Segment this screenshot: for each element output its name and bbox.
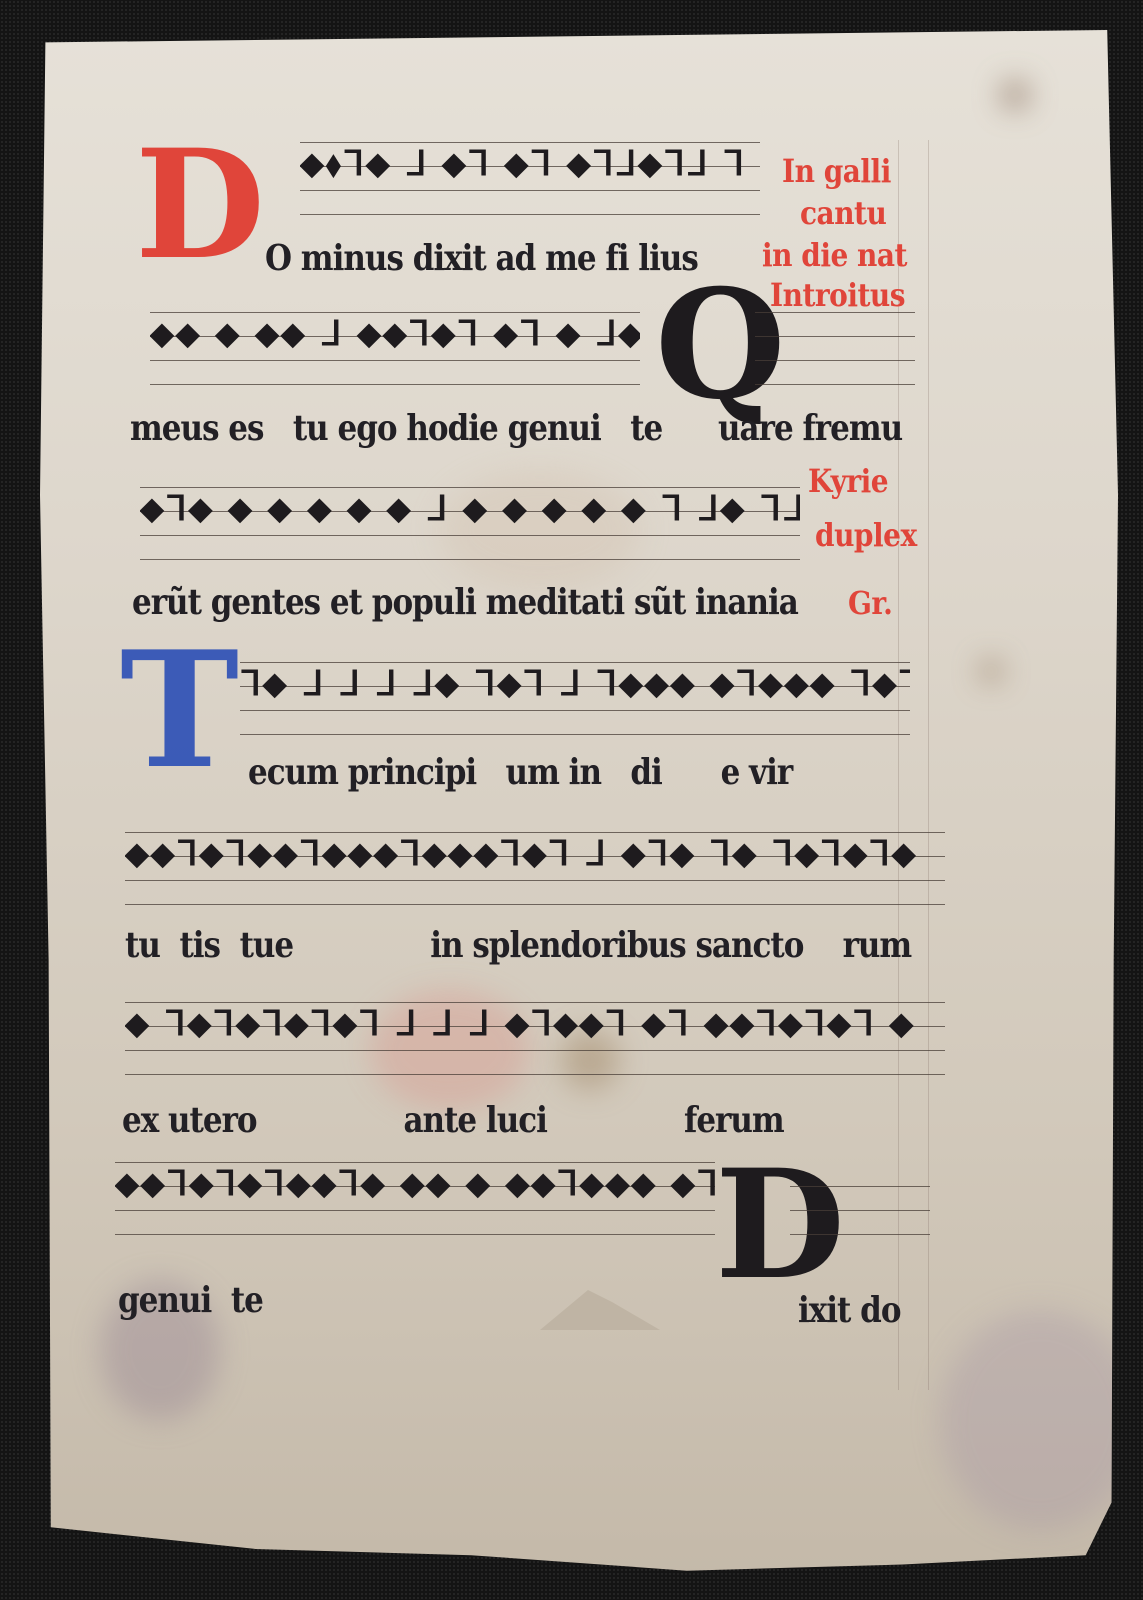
lyric-line-2: meus es tu ego hodie genui te	[130, 408, 662, 449]
lyric-line-1: O minus dixit ad me fi lius	[265, 238, 698, 279]
neumes: ⬥⬥ᒣ⬥ᒣ⬥⬥ᒣ⬥⬥⬥ᒣ⬥⬥⬥ᒣ⬥ᒣ ᒧ ⬥ᒣ⬥ ᒣ⬥ ᒣ⬥ᒣ⬥ᒣ⬥	[125, 834, 945, 874]
music-staff-7b	[790, 1160, 930, 1240]
red-initial-d: D	[135, 130, 265, 280]
music-staff-2b	[755, 310, 915, 390]
music-staff-1: ⬥⬧ᒣ⬥ ᒧ ⬥ᒣ ⬥ᒣ ⬥ᒣᒧ⬥ᒣᒧ ᒣ	[300, 140, 760, 220]
lyric-line-7b: ixit do	[798, 1290, 901, 1331]
music-staff-3: ⬥ᒣ⬥ ⬥ ⬥ ⬥ ⬥ ⬥ ᒧ ⬥ ⬥ ⬥ ⬥ ⬥ ᒣ ᒧ⬥ ᒣᒧ	[140, 485, 800, 565]
hole-stain	[980, 660, 1002, 682]
lyric-line-3: erũt gentes et populi meditati sũt inani…	[132, 582, 798, 623]
neumes: ⬥ ᒣ⬥ᒣ⬥ᒣ⬥ᒣ⬥ᒣ ᒧ ᒧ ᒧ ⬥ᒣ⬥⬥ᒣ ⬥ᒣ ⬥⬥ᒣ⬥ᒣ⬥ᒣ ⬥	[125, 1004, 945, 1044]
lyric-line-7: genui te	[118, 1280, 263, 1321]
music-staff-7: ⬥⬥ᒣ⬥ᒣ⬥ᒣ⬥⬥ᒣ⬥ ⬥⬥ ⬥ ⬥⬥ᒣ⬥⬥⬥ ⬥ᒣ ᒧ ᒧ ⬥	[115, 1160, 715, 1240]
rubric: Introitus	[770, 276, 905, 314]
neumes: ⬥⬥ ⬥ ⬥⬥ ᒧ ⬥⬥ᒣ⬥ᒣ ⬥ᒣ ⬥ ᒧ⬥ᒣᒧ⬥ᒣ⬥	[150, 314, 640, 354]
lyric-line-5: tu tis tue in splendoribus sancto rum	[125, 925, 911, 966]
lyric-line-4: ecum principi um in di e vir	[248, 752, 792, 793]
rubric: duplex	[815, 516, 917, 554]
blue-initial-t: T	[120, 630, 239, 790]
rubric: Gr.	[848, 584, 892, 622]
music-staff-2: ⬥⬥ ⬥ ⬥⬥ ᒧ ⬥⬥ᒣ⬥ᒣ ⬥ᒣ ⬥ ᒧ⬥ᒣᒧ⬥ᒣ⬥	[150, 310, 640, 390]
music-staff-6: ⬥ ᒣ⬥ᒣ⬥ᒣ⬥ᒣ⬥ᒣ ᒧ ᒧ ᒧ ⬥ᒣ⬥⬥ᒣ ⬥ᒣ ⬥⬥ᒣ⬥ᒣ⬥ᒣ ⬥	[125, 1000, 945, 1080]
rubric: in die nat	[762, 236, 907, 274]
neumes: ⬥⬥ᒣ⬥ᒣ⬥ᒣ⬥⬥ᒣ⬥ ⬥⬥ ⬥ ⬥⬥ᒣ⬥⬥⬥ ⬥ᒣ ᒧ ᒧ ⬥	[115, 1164, 715, 1204]
stain	[940, 1310, 1140, 1530]
neumes: ᒣ⬥ ᒧ ᒧ ᒧ ᒧ⬥ ᒣ⬥ᒣ ᒧ ᒣ⬥⬥⬥ ⬥ᒣ⬥⬥⬥ ᒣ⬥ᒣ ᒣ	[240, 664, 910, 704]
rubric: Kyrie	[808, 462, 888, 500]
neumes: ⬥ᒣ⬥ ⬥ ⬥ ⬥ ⬥ ⬥ ᒧ ⬥ ⬥ ⬥ ⬥ ⬥ ᒣ ᒧ⬥ ᒣᒧ	[140, 489, 800, 529]
neumes: ⬥⬧ᒣ⬥ ᒧ ⬥ᒣ ⬥ᒣ ⬥ᒣᒧ⬥ᒣᒧ ᒣ	[300, 144, 760, 184]
rubric: In galli	[782, 152, 891, 190]
music-staff-4: ᒣ⬥ ᒧ ᒧ ᒧ ᒧ⬥ ᒣ⬥ᒣ ᒧ ᒣ⬥⬥⬥ ⬥ᒣ⬥⬥⬥ ᒣ⬥ᒣ ᒣ	[240, 660, 910, 740]
lyric-line-6: ex utero ante luci ferum	[122, 1100, 784, 1141]
music-staff-5: ⬥⬥ᒣ⬥ᒣ⬥⬥ᒣ⬥⬥⬥ᒣ⬥⬥⬥ᒣ⬥ᒣ ᒧ ⬥ᒣ⬥ ᒣ⬥ ᒣ⬥ᒣ⬥ᒣ⬥	[125, 830, 945, 910]
rubric: cantu	[800, 194, 886, 232]
hole-stain	[1000, 80, 1030, 110]
lyric-line-2b: uare fremu	[718, 408, 902, 449]
